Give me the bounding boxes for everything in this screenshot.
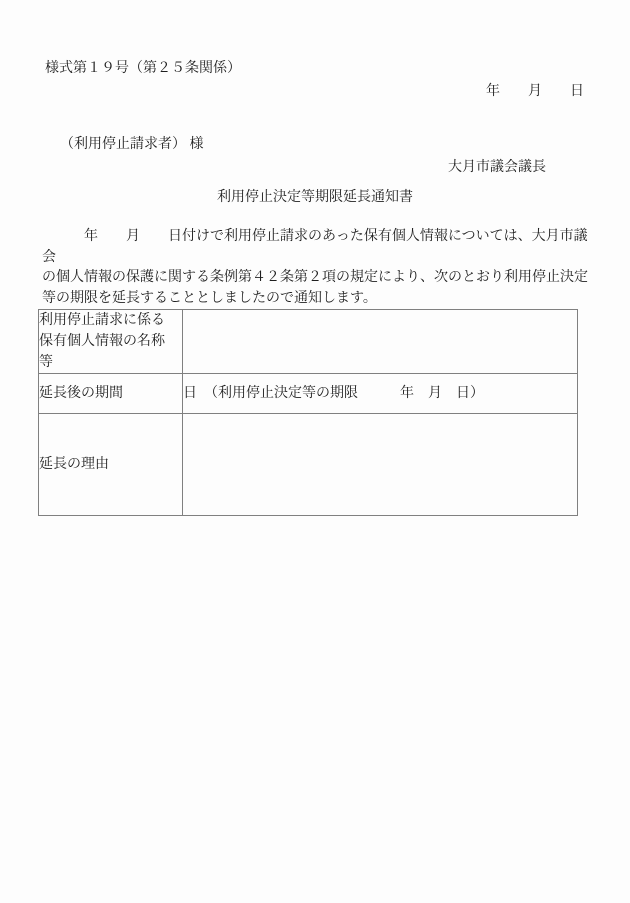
document-title: 利用停止決定等期限延長通知書: [0, 191, 630, 205]
row-label-personal-info-name: 利用停止請求に係る 保有個人情報の名称 等: [39, 310, 183, 374]
row-label-extension-reason: 延長の理由: [39, 414, 183, 516]
table-row-personal-info-name: 利用停止請求に係る 保有個人情報の名称 等: [39, 310, 578, 374]
document-page: 様式第１９号（第２５条関係） 年 月 日 （利用停止請求者） 様 大月市議会議長…: [0, 0, 630, 903]
sender-title: 大月市議会議長: [448, 161, 546, 175]
field-personal-info-name: [183, 310, 578, 374]
notice-table: 利用停止請求に係る 保有個人情報の名称 等 延長後の期間 日 （利用停止決定等の…: [38, 309, 578, 516]
addressee-line: （利用停止請求者） 様: [60, 138, 204, 152]
field-extension-reason: [183, 414, 578, 516]
form-number: 様式第１９号（第２５条関係）: [45, 62, 241, 76]
date-line: 年 月 日: [486, 85, 584, 99]
row-label-extended-period: 延長後の期間: [39, 374, 183, 414]
field-extended-period: 日 （利用停止決定等の期限 年 月 日）: [183, 374, 578, 414]
table-row-extension-reason: 延長の理由: [39, 414, 578, 516]
body-paragraph: 年 月 日付けで利用停止請求のあった保有個人情報については、大月市議会 の個人情…: [42, 227, 594, 310]
table-row-extended-period: 延長後の期間 日 （利用停止決定等の期限 年 月 日）: [39, 374, 578, 414]
